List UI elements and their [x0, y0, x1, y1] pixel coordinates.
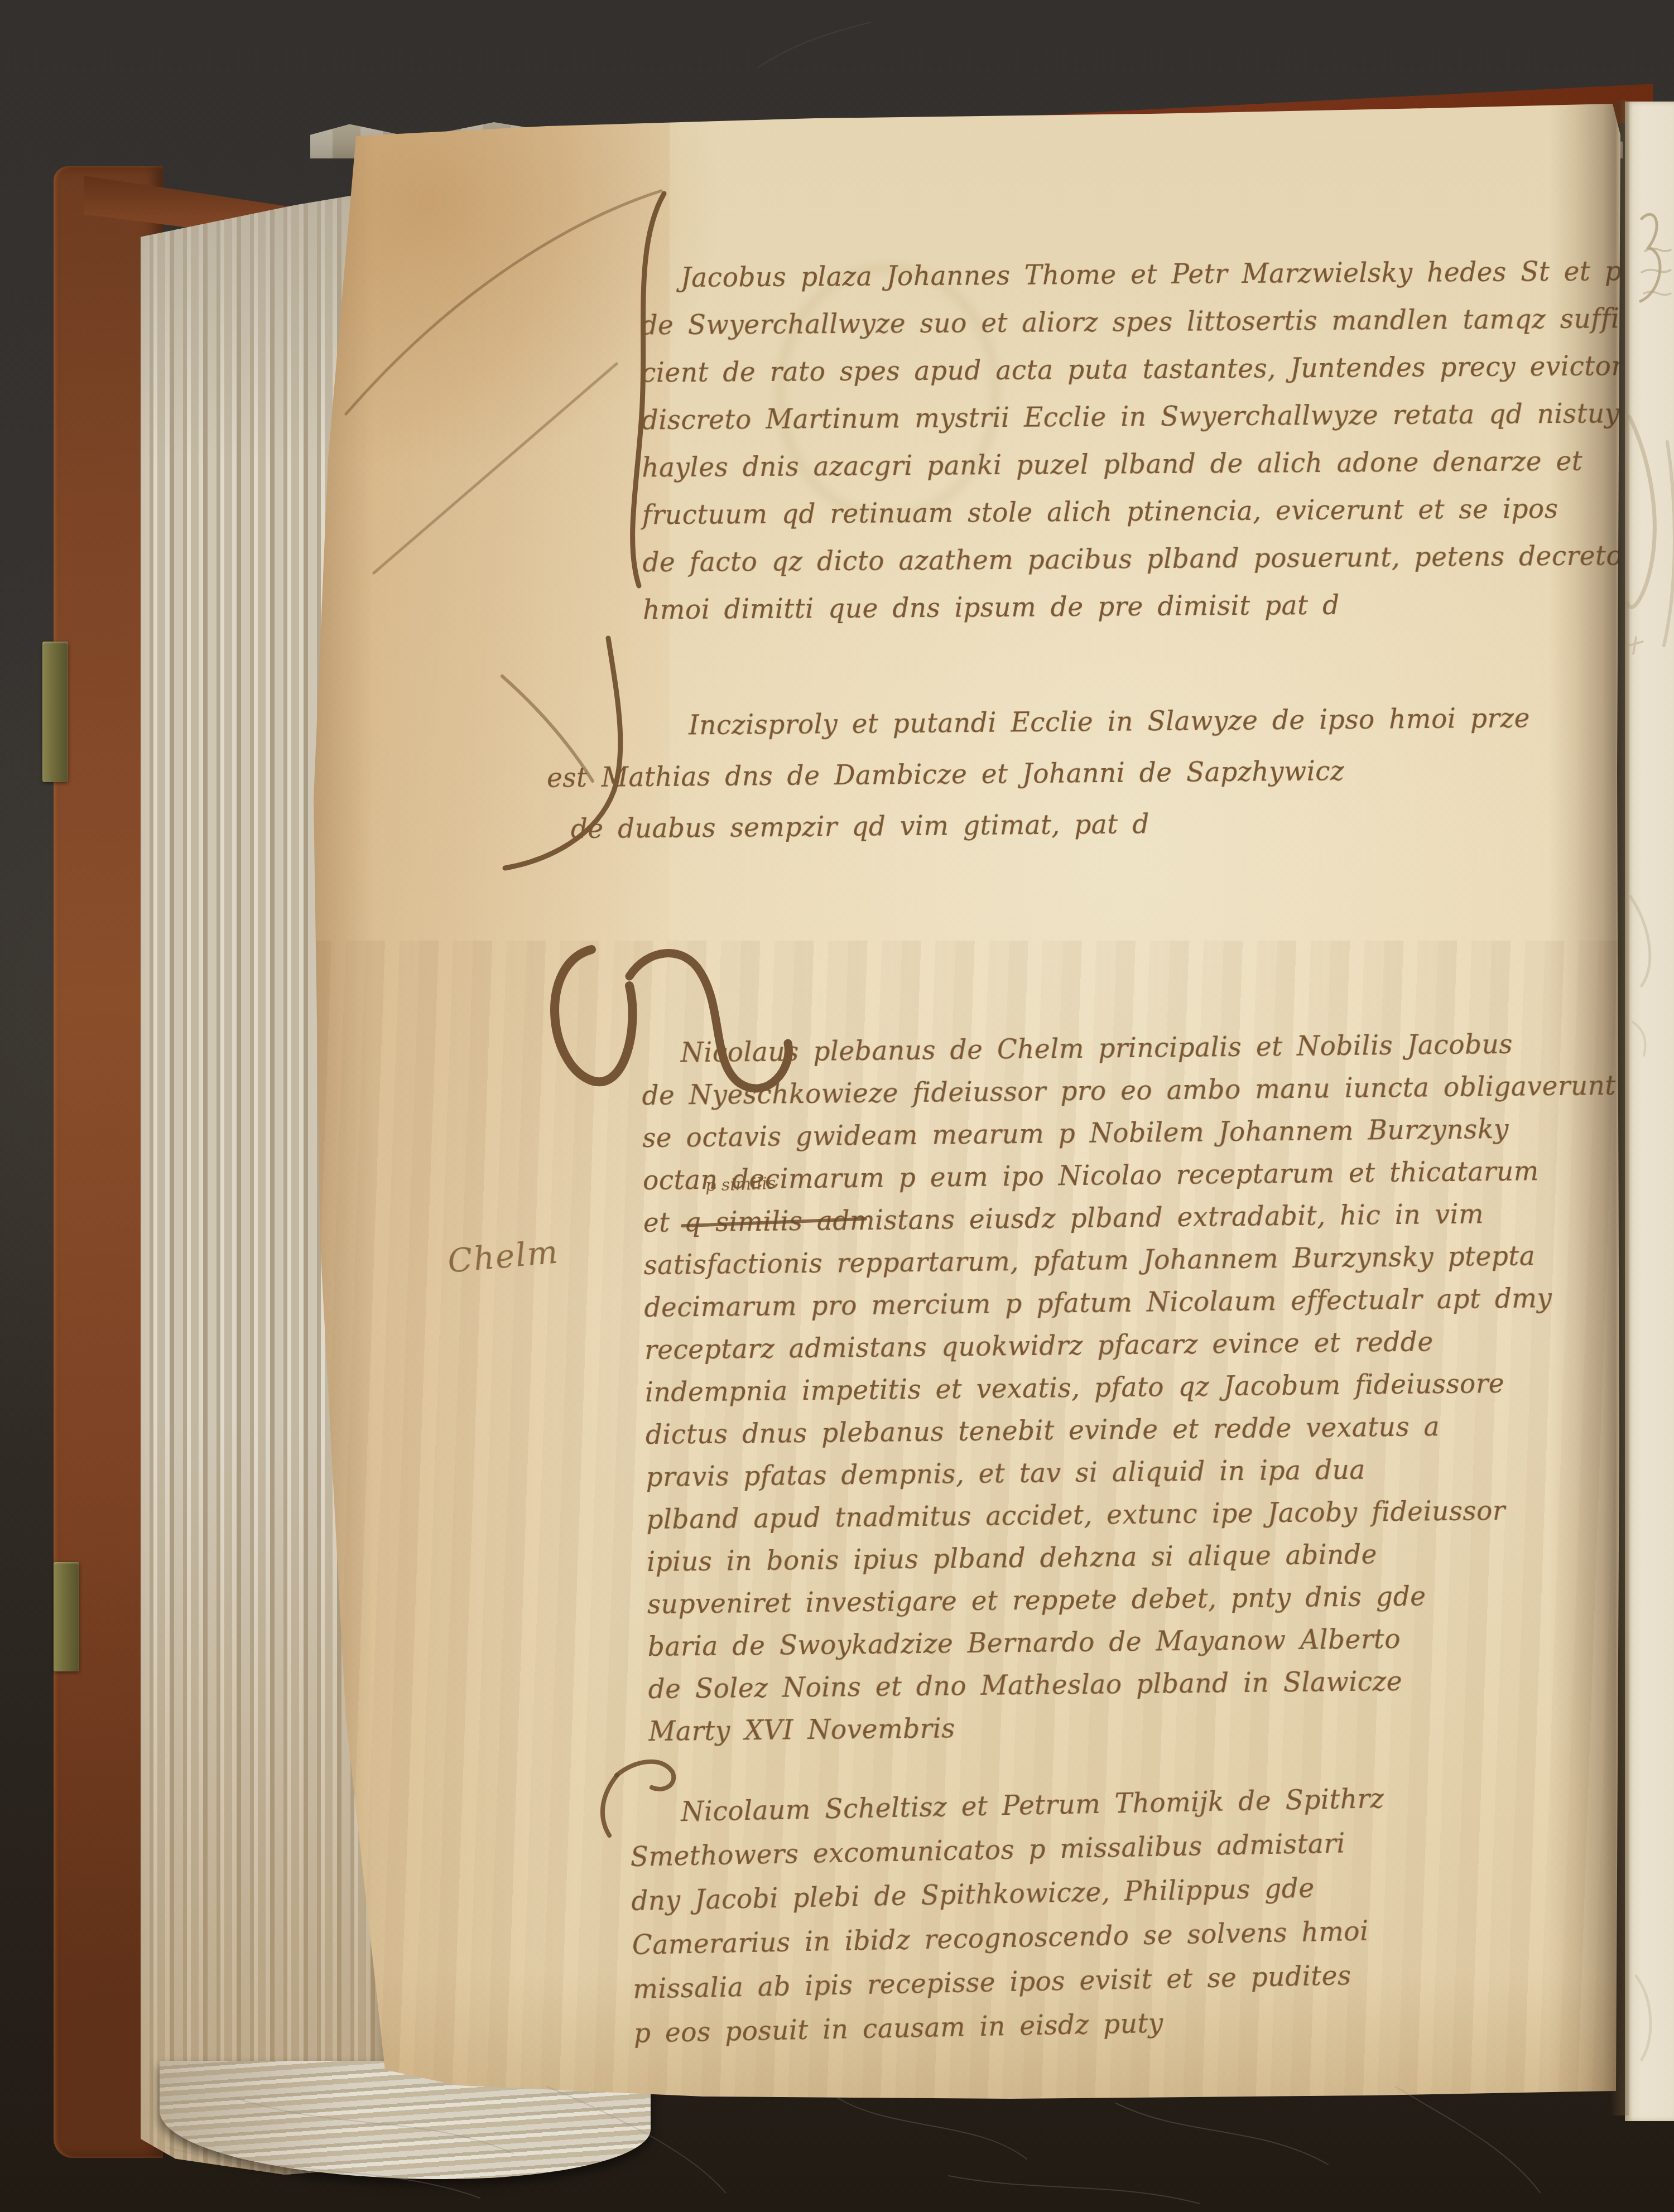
photograph-of-manuscript-book: Jacobus plaza Johannes Thome et Petr Mar…	[0, 0, 1674, 2212]
dust-fibers	[0, 0, 1674, 2212]
